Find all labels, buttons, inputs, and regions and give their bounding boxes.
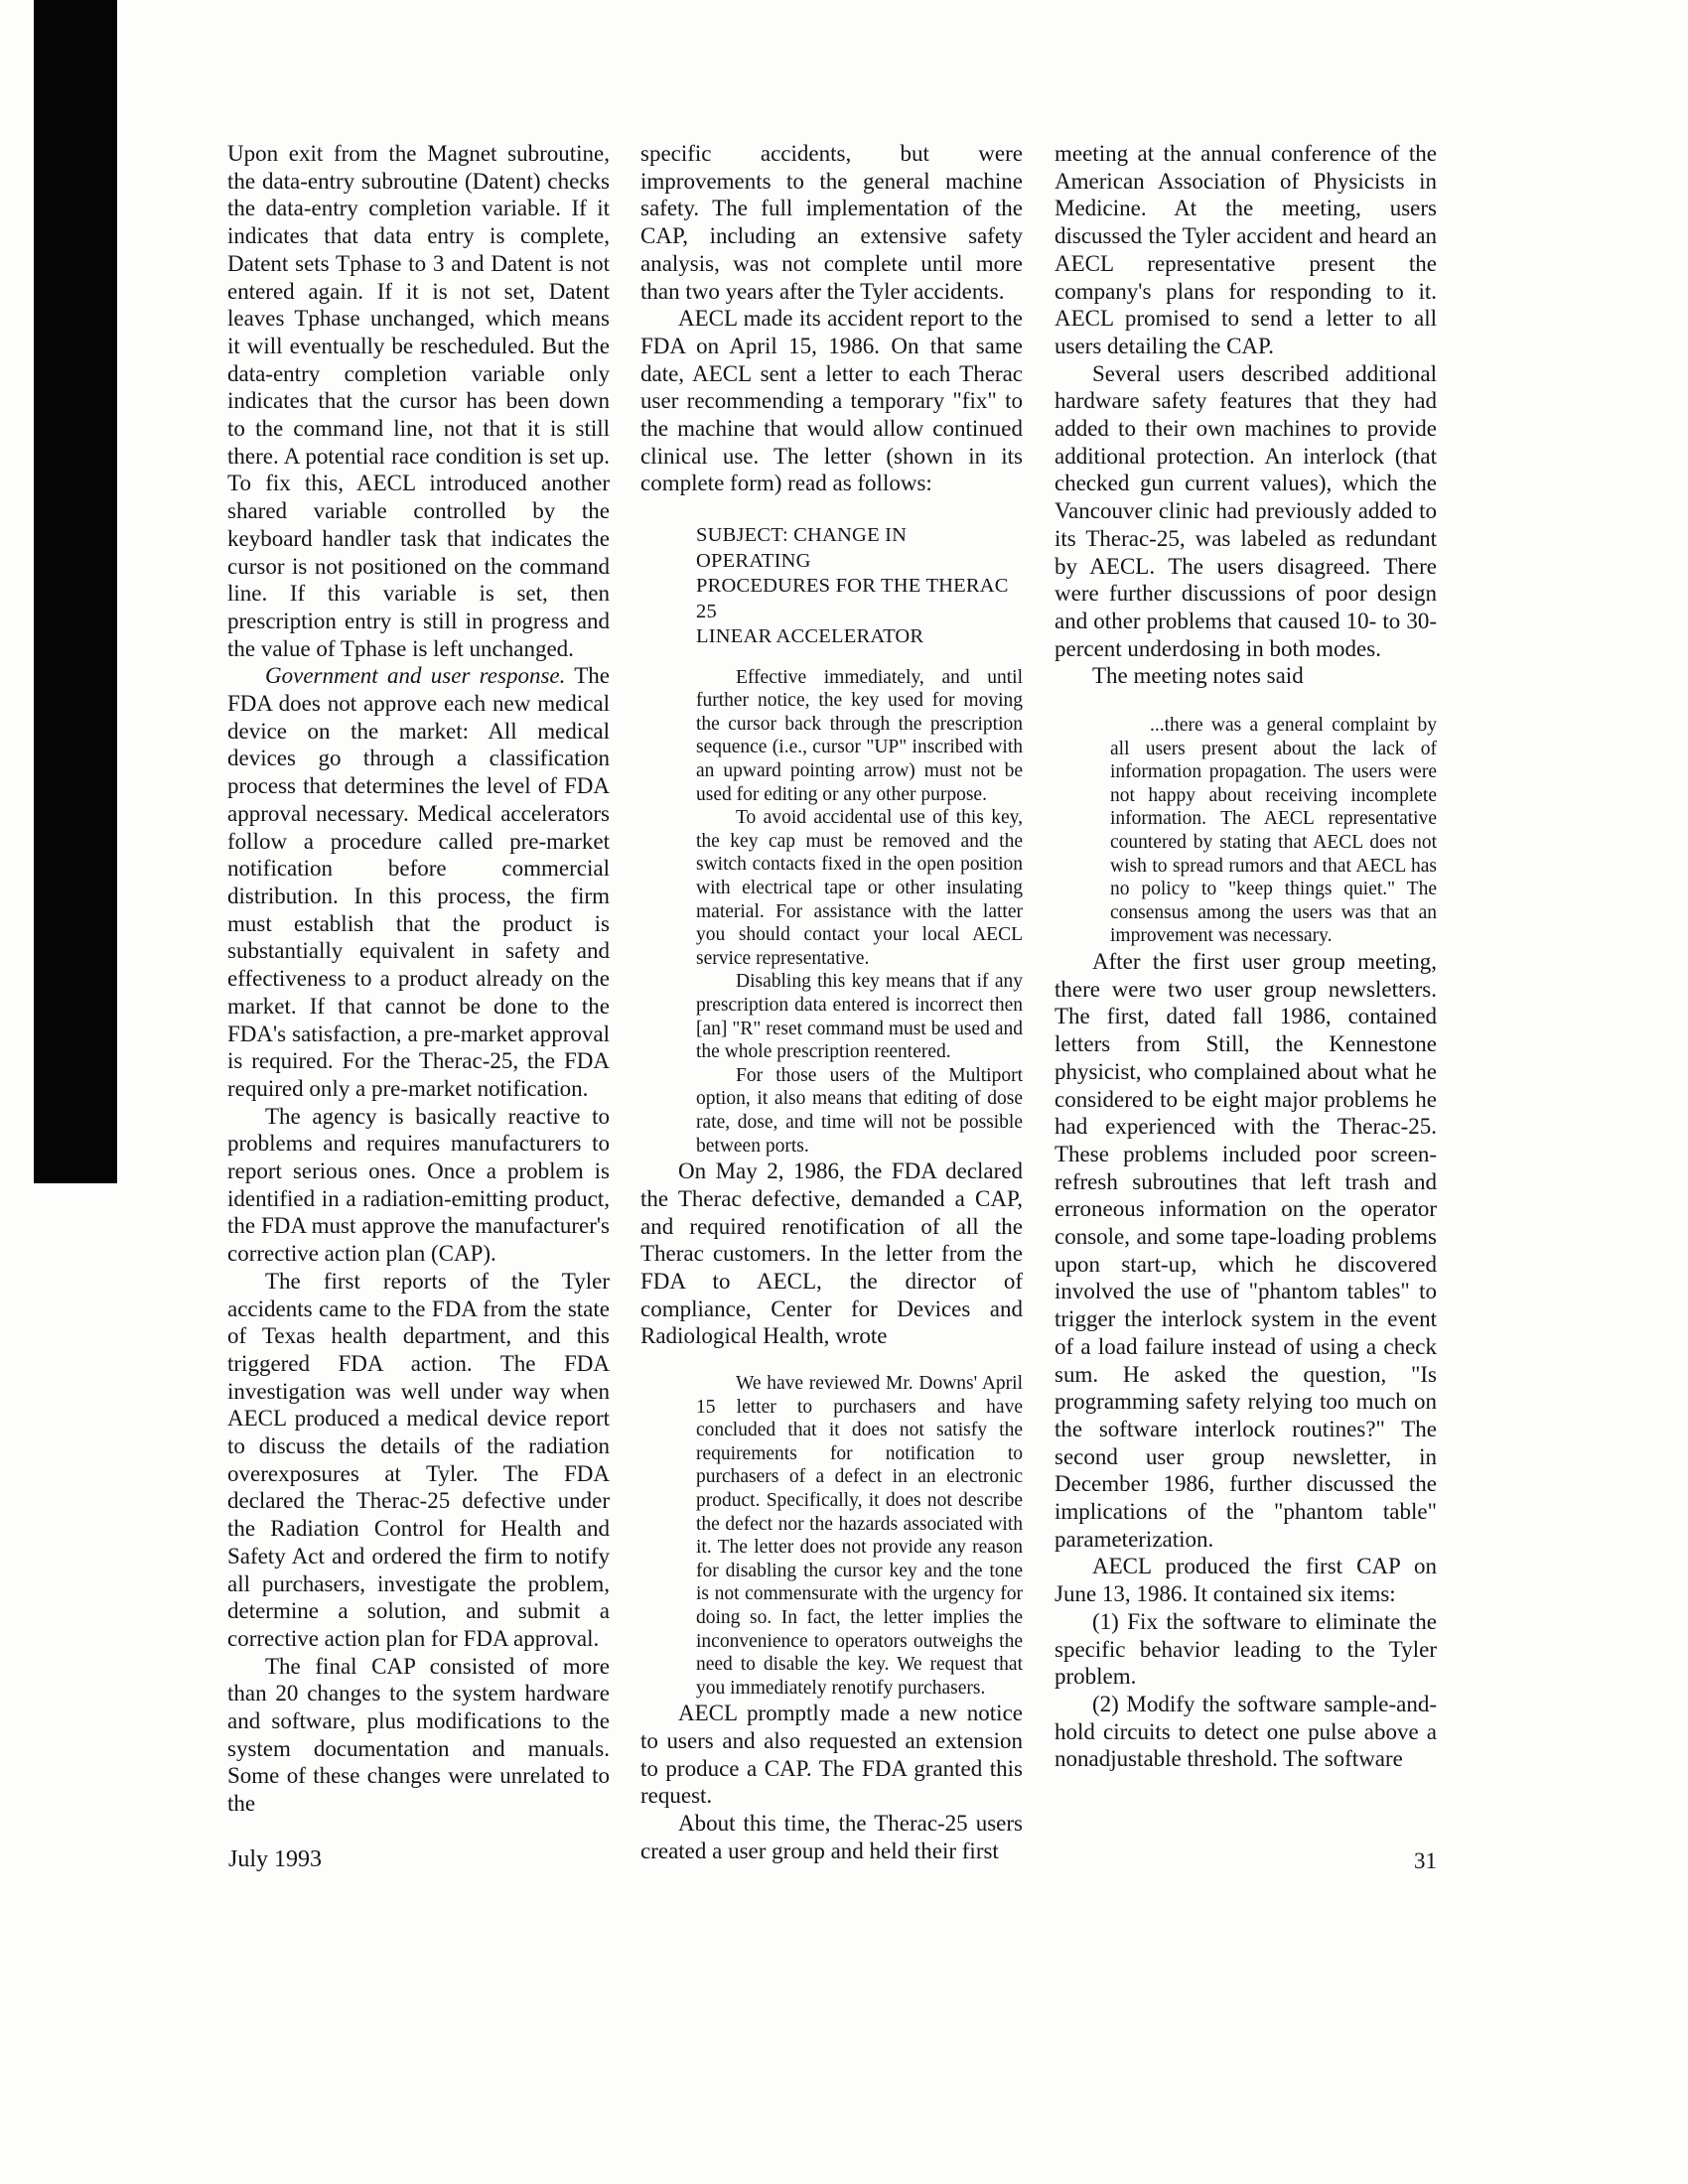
paragraph: Several users described additional hardw… <box>1055 360 1437 663</box>
meeting-notes-quote: ...there was a general complaint by all … <box>1110 714 1437 948</box>
quote-paragraph: For those users of the Multiport option,… <box>696 1064 1023 1158</box>
quote-paragraph: Effective immediately, and until further… <box>696 666 1023 807</box>
paragraph: AECL made its accident report to the FDA… <box>640 305 1023 497</box>
fda-letter-quote: We have reviewed Mr. Downs' April 15 let… <box>696 1372 1023 1700</box>
subject-line: LINEAR ACCELERATOR <box>696 624 1023 650</box>
paragraph: Upon exit from the Magnet subroutine, th… <box>227 140 610 662</box>
section-lead-in: Government and user response. <box>265 663 565 688</box>
cap-item-1: (1) Fix the software to eliminate the sp… <box>1055 1608 1437 1691</box>
paragraph: meeting at the annual conference of the … <box>1055 140 1437 360</box>
cap-item-2: (2) Modify the software sample-and-hold … <box>1055 1691 1437 1773</box>
quote-paragraph: We have reviewed Mr. Downs' April 15 let… <box>696 1372 1023 1700</box>
paragraph: After the first user group meeting, ther… <box>1055 948 1437 1553</box>
subject-line: SUBJECT: CHANGE IN OPERATING <box>696 523 1023 574</box>
quote-paragraph: ...there was a general complaint by all … <box>1110 714 1437 948</box>
paragraph: AECL produced the first CAP on June 13, … <box>1055 1553 1437 1607</box>
column-3: meeting at the annual conference of the … <box>1055 140 1437 1773</box>
aecl-letter-quote: Effective immediately, and until further… <box>696 666 1023 1158</box>
paragraph: The first reports of the Tyler accidents… <box>227 1268 610 1653</box>
paragraph: About this time, the Therac-25 users cre… <box>640 1810 1023 1864</box>
subject-line: PROCEDURES FOR THE THERAC 25 <box>696 574 1023 624</box>
paragraph-text: The FDA does not approve each new medica… <box>227 663 610 1101</box>
quote-paragraph: Disabling this key means that if any pre… <box>696 970 1023 1063</box>
paragraph: On May 2, 1986, the FDA declared the The… <box>640 1158 1023 1350</box>
paragraph-government-user-response: Government and user response. The FDA do… <box>227 662 610 1102</box>
letter-subject-heading: SUBJECT: CHANGE IN OPERATING PROCEDURES … <box>696 523 1023 650</box>
paragraph: The meeting notes said <box>1055 662 1437 690</box>
paragraph: The agency is basically reactive to prob… <box>227 1103 610 1268</box>
journal-page: Upon exit from the Magnet subroutine, th… <box>0 0 1688 2184</box>
footer-issue-date: July 1993 <box>228 1846 322 1873</box>
column-1: Upon exit from the Magnet subroutine, th… <box>227 140 610 1818</box>
paragraph: specific accidents, but were improvement… <box>640 140 1023 305</box>
paragraph: The final CAP consisted of more than 20 … <box>227 1653 610 1818</box>
quote-paragraph: To avoid accidental use of this key, the… <box>696 806 1023 970</box>
paragraph: AECL promptly made a new notice to users… <box>640 1700 1023 1810</box>
column-2: specific accidents, but were improvement… <box>640 140 1023 1865</box>
scan-artifact-bar <box>34 0 117 1183</box>
footer-page-number: 31 <box>1414 1848 1437 1874</box>
